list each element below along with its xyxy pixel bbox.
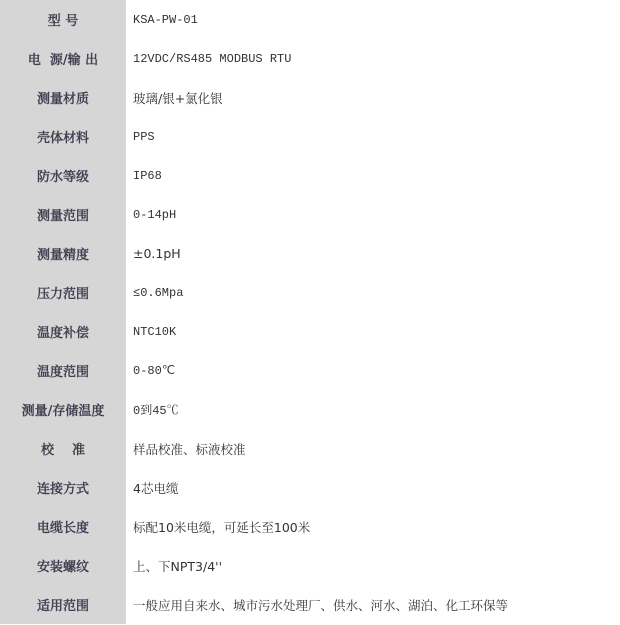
- row-value: ±0.1pH: [126, 234, 620, 273]
- table-row: 测量/存储温度0到45℃: [0, 390, 620, 429]
- row-label: 电缆长度: [0, 507, 126, 546]
- row-value: 4芯电缆: [126, 468, 620, 507]
- row-value: NTC10K: [126, 312, 620, 351]
- table-row: 安装螺纹上、下NPT3/4'': [0, 546, 620, 585]
- table-row: 防水等级IP68: [0, 156, 620, 195]
- row-value: 0-14pH: [126, 195, 620, 234]
- row-label: 壳体材料: [0, 117, 126, 156]
- row-value: PPS: [126, 117, 620, 156]
- row-label: 压力范围: [0, 273, 126, 312]
- row-value: 样品校准、标液校准: [126, 429, 620, 468]
- table-row: 壳体材料PPS: [0, 117, 620, 156]
- spec-table-body: 型 号KSA-PW-01 电 源/输 出12VDC/RS485 MODBUS R…: [0, 0, 620, 624]
- row-label: 测量材质: [0, 78, 126, 117]
- table-row: 测量精度±0.1pH: [0, 234, 620, 273]
- table-row: 型 号KSA-PW-01: [0, 0, 620, 39]
- table-row: 适用范围一般应用自来水、城市污水处理厂、供水、河水、湖泊、化工环保等: [0, 585, 620, 624]
- row-value: 12VDC/RS485 MODBUS RTU: [126, 39, 620, 78]
- row-value: 0-80℃: [126, 351, 620, 390]
- row-value: ≤0.6Mpa: [126, 273, 620, 312]
- row-label: 测量/存储温度: [0, 390, 126, 429]
- row-value: 0到45℃: [126, 390, 620, 429]
- table-row: 测量材质玻璃/银+氯化银: [0, 78, 620, 117]
- row-label: 电 源/输 出: [0, 39, 126, 78]
- row-label: 连接方式: [0, 468, 126, 507]
- table-row: 连接方式4芯电缆: [0, 468, 620, 507]
- row-value: 上、下NPT3/4'': [126, 546, 620, 585]
- row-label: 校 准: [0, 429, 126, 468]
- row-value: 玻璃/银+氯化银: [126, 78, 620, 117]
- table-row: 温度范围0-80℃: [0, 351, 620, 390]
- row-label: 测量精度: [0, 234, 126, 273]
- row-value: KSA-PW-01: [126, 0, 620, 39]
- row-value: IP68: [126, 156, 620, 195]
- row-value: 一般应用自来水、城市污水处理厂、供水、河水、湖泊、化工环保等: [126, 585, 620, 624]
- row-label: 温度补偿: [0, 312, 126, 351]
- spec-table: 型 号KSA-PW-01 电 源/输 出12VDC/RS485 MODBUS R…: [0, 0, 620, 624]
- table-row: 校 准样品校准、标液校准: [0, 429, 620, 468]
- row-label: 适用范围: [0, 585, 126, 624]
- row-label: 防水等级: [0, 156, 126, 195]
- row-value: 标配10米电缆，可延长至100米: [126, 507, 620, 546]
- row-label: 温度范围: [0, 351, 126, 390]
- table-row: 电 源/输 出12VDC/RS485 MODBUS RTU: [0, 39, 620, 78]
- table-row: 电缆长度标配10米电缆，可延长至100米: [0, 507, 620, 546]
- row-label: 安装螺纹: [0, 546, 126, 585]
- table-row: 压力范围≤0.6Mpa: [0, 273, 620, 312]
- row-label: 型 号: [0, 0, 126, 39]
- table-row: 测量范围0-14pH: [0, 195, 620, 234]
- row-label: 测量范围: [0, 195, 126, 234]
- table-row: 温度补偿NTC10K: [0, 312, 620, 351]
